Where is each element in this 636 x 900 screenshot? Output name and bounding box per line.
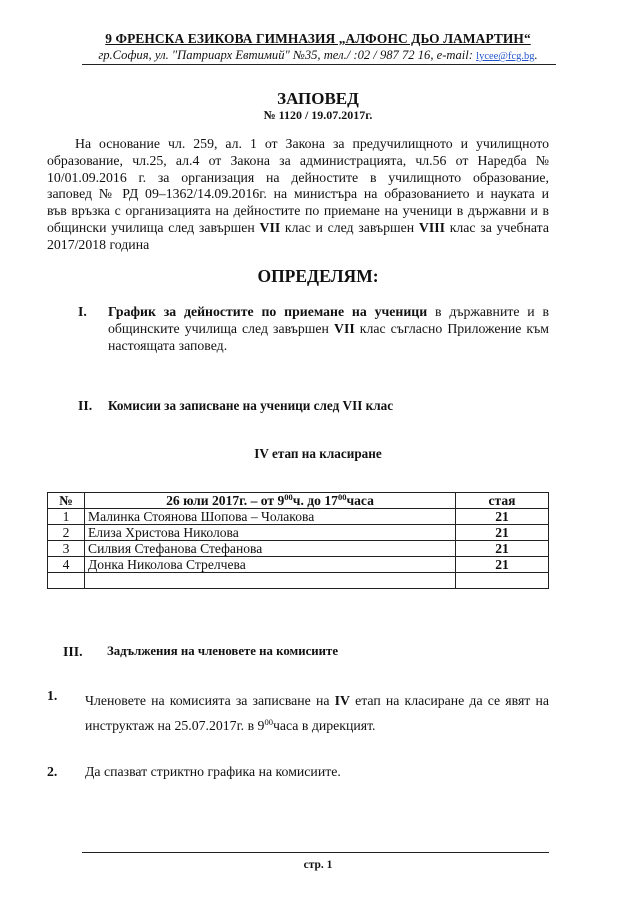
footer-divider — [82, 852, 549, 853]
column-header-date: 26 юли 2017г. – от 900ч. до 1700часа — [85, 493, 456, 509]
section-3-title: Задължения на членовете на комисиите — [107, 644, 338, 659]
intro-line: 10/01.09.2016 г. за организация на дейно… — [47, 170, 549, 187]
document-title: ЗАПОВЕД — [0, 89, 636, 109]
intro-line: На основание чл. 259, ал. 1 от Закона за… — [47, 136, 549, 153]
intro-line: във връзка с организацията на дейностите… — [47, 203, 549, 220]
room-number: 21 — [456, 509, 549, 525]
intro-line: заповед № РД 09–1362/14.09.2016г. на мин… — [47, 186, 549, 203]
section-2-number: II. — [78, 398, 92, 414]
item-1-number: 1. — [47, 688, 57, 704]
row-number: 2 — [48, 525, 85, 541]
item-2-body: Да спазват стриктно графика на комисиите… — [85, 764, 341, 780]
item-1-body: Членовете на комисията за записване на I… — [85, 688, 549, 738]
table-row: 3 Силвия Стефанова Стефанова 21 — [48, 541, 549, 557]
row-number: 1 — [48, 509, 85, 525]
table-header-row: № 26 юли 2017г. – от 900ч. до 1700часа с… — [48, 493, 549, 509]
member-name — [85, 573, 456, 589]
row-number: 4 — [48, 557, 85, 573]
page-number: стр. 1 — [0, 859, 636, 871]
section-1-line-2: общинските училища след завършен VII кла… — [108, 321, 549, 338]
section-1-body: График за дейностите по приемане на учен… — [108, 304, 549, 354]
room-number: 21 — [456, 525, 549, 541]
letterhead-divider — [82, 64, 556, 65]
table-row: 1 Малинка Стоянова Шопова – Чолакова 21 — [48, 509, 549, 525]
section-1-line-1: График за дейностите по приемане на учен… — [108, 304, 549, 321]
member-name: Малинка Стоянова Шопова – Чолакова — [85, 509, 456, 525]
intro-line-with-classes: общински училища след завършен VII клас … — [47, 220, 549, 237]
school-address: гр.София, ул. "Патриарх Евтимий" №35, те… — [98, 48, 476, 62]
column-header-number: № — [48, 493, 85, 509]
section-2-title: Комисии за записване на ученици след VII… — [108, 398, 393, 414]
email-suffix: . — [535, 48, 538, 62]
intro-line: образование, чл.25, ал.4 от Закона за ад… — [47, 153, 549, 170]
room-number: 21 — [456, 541, 549, 557]
item-1-line-2: инструктаж на 25.07.2017г. в 900часа в д… — [85, 713, 549, 738]
section-1-line-3: настоящата заповед. — [108, 338, 549, 355]
school-email-link[interactable]: lycee@fcg.bg — [476, 51, 534, 62]
determine-heading: ОПРЕДЕЛЯМ: — [0, 266, 636, 287]
item-1-line-1: Членовете на комисията за записване на I… — [85, 688, 549, 713]
table-row-empty — [48, 573, 549, 589]
intro-line: 2017/2018 година — [47, 237, 549, 254]
row-number: 3 — [48, 541, 85, 557]
school-address-line: гр.София, ул. "Патриарх Евтимий" №35, те… — [0, 48, 636, 63]
item-2-number: 2. — [47, 764, 57, 780]
section-1-number: I. — [78, 304, 87, 320]
member-name: Елиза Христова Николова — [85, 525, 456, 541]
section-1-bold-lead: График за дейностите по приемане на учен… — [108, 304, 427, 319]
intro-paragraph: На основание чл. 259, ал. 1 от Закона за… — [47, 136, 549, 254]
stage-title: IV етап на класиране — [0, 446, 636, 462]
room-number — [456, 573, 549, 589]
room-number: 21 — [456, 557, 549, 573]
table-row: 4 Донка Николова Стрелчева 21 — [48, 557, 549, 573]
commission-table: № 26 юли 2017г. – от 900ч. до 1700часа с… — [47, 492, 549, 589]
row-number — [48, 573, 85, 589]
section-3-number: III. — [63, 644, 83, 660]
school-name-heading: 9 ФРЕНСКА ЕЗИКОВА ГИМНАЗИЯ „АЛФОНС ДЬО Л… — [0, 31, 636, 47]
table-row: 2 Елиза Христова Николова 21 — [48, 525, 549, 541]
member-name: Донка Николова Стрелчева — [85, 557, 456, 573]
member-name: Силвия Стефанова Стефанова — [85, 541, 456, 557]
document-number: № 1120 / 19.07.2017г. — [0, 108, 636, 123]
section-1-line-1-rest: в държавните и в — [427, 304, 549, 319]
column-header-room: стая — [456, 493, 549, 509]
